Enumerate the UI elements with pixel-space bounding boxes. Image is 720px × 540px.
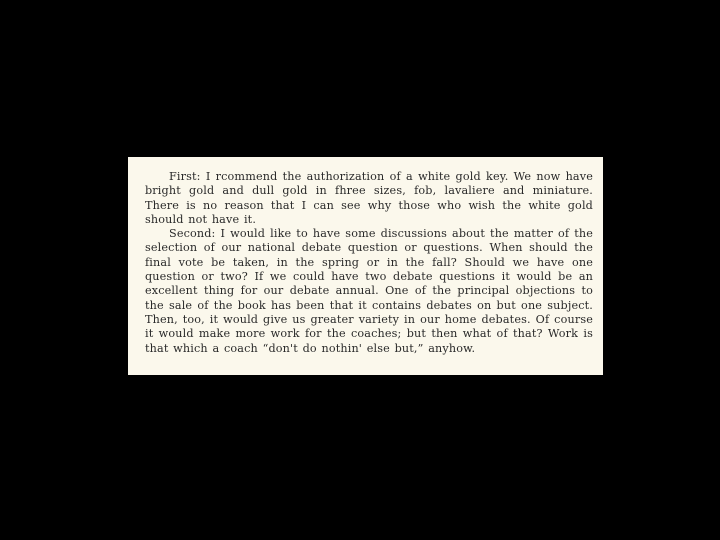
document-clipping: First: I rcommend the authorization of a… (128, 157, 603, 375)
paragraph-first-recommendation: First: I rcommend the authorization of a… (145, 170, 593, 227)
paragraph-second-recommendation: Second: I would like to have some discus… (145, 227, 593, 356)
